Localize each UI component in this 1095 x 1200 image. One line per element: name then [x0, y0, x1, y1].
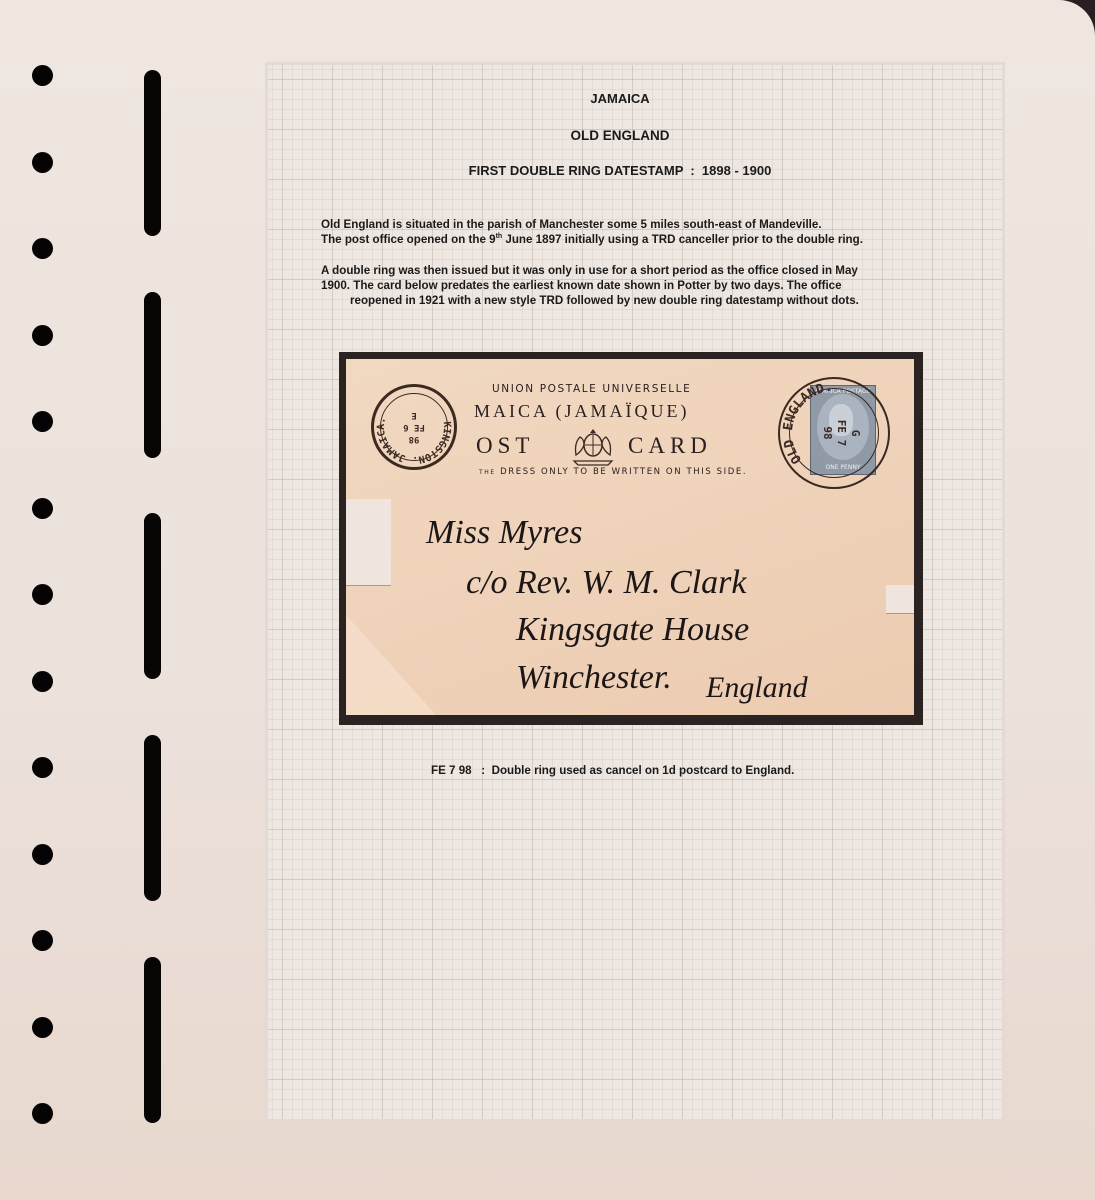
- history-line-2: 1900. The card below predates the earlie…: [321, 279, 842, 292]
- item-caption: FE 7 98 : Double ring used as cancel on …: [431, 764, 794, 777]
- address-line-4: Winchester.: [516, 659, 672, 697]
- page-heading: FIRST DOUBLE RING DATESTAMP : 1898 - 190…: [300, 163, 940, 178]
- intro-paragraph: Old England is situated in the parish of…: [321, 217, 931, 247]
- history-paragraph: A double ring was then issued but it was…: [321, 263, 931, 308]
- binder-hole: [32, 1103, 53, 1124]
- intro-line-1: Old England is situated in the parish of…: [321, 218, 822, 231]
- binder-hole: [32, 325, 53, 346]
- kingston-postmark: KINGSTON. JAMAICA. FE 6 98 E: [371, 384, 457, 470]
- binder-hole: [32, 844, 53, 865]
- history-line-3: reopened in 1921 with a new style TRD fo…: [321, 293, 931, 308]
- card-country: MAICA (JAMAÏQUE): [474, 401, 690, 422]
- card-fold-shadow: [346, 615, 436, 715]
- binder-slot: [144, 70, 161, 236]
- address-line-3: Kingsgate House: [516, 611, 749, 649]
- old-england-postmark: OLD ENGLAND. FE 7 98 G: [778, 377, 890, 489]
- upu-header: UNION POSTALE UNIVERSELLE: [492, 383, 691, 395]
- mount-hinge-right: [886, 585, 914, 614]
- binder-slot: [144, 735, 161, 901]
- intro-line-2a: The post office opened on the 9: [321, 233, 496, 246]
- binder-hole: [32, 1017, 53, 1038]
- history-line-1: A double ring was then issued but it was…: [321, 264, 858, 277]
- page-subtitle: OLD ENGLAND: [300, 128, 940, 143]
- address-line-1: Miss Myres: [426, 514, 582, 552]
- mount-hinge-left: [346, 499, 391, 586]
- binder-slot: [144, 957, 161, 1123]
- binder-slot: [144, 292, 161, 458]
- binder-hole: [32, 238, 53, 259]
- svg-text:98: 98: [821, 426, 834, 439]
- address-country: England: [706, 671, 808, 705]
- address-line-2: c/o Rev. W. M. Clark: [466, 564, 746, 602]
- binder-hole: [32, 411, 53, 432]
- binder-hole: [32, 930, 53, 951]
- svg-text:FE 6: FE 6: [403, 422, 425, 432]
- binder-hole: [32, 152, 53, 173]
- instruction-text: DRESS ONLY TO BE WRITTEN ON THIS SIDE.: [500, 467, 747, 477]
- binder-slot: [144, 513, 161, 679]
- binder-hole: [32, 584, 53, 605]
- svg-text:E: E: [411, 410, 416, 420]
- card-post-word: OST: [476, 433, 534, 459]
- binder-hole: [32, 498, 53, 519]
- binder-hole: [32, 671, 53, 692]
- svg-text:FE 7: FE 7: [835, 420, 848, 447]
- coat-of-arms-icon: [568, 425, 618, 467]
- binder-hole: [32, 65, 53, 86]
- binder-hole: [32, 757, 53, 778]
- card-instruction: THE DRESS ONLY TO BE WRITTEN ON THIS SID…: [479, 467, 747, 477]
- card-card-word: CARD: [628, 433, 712, 459]
- page-title: JAMAICA: [300, 91, 940, 106]
- postmark-ring-text: KINGSTON. JAMAICA. FE 6 98 E: [374, 387, 454, 467]
- intro-line-2b: June 1897 initially using a TRD cancelle…: [502, 233, 863, 246]
- postmark-ring-text: OLD ENGLAND. FE 7 98 G: [780, 379, 888, 487]
- svg-text:98: 98: [409, 434, 420, 444]
- postcard: UNION POSTALE UNIVERSELLE MAICA (JAMAÏQU…: [346, 359, 914, 715]
- instruction-prefix: THE: [479, 469, 496, 476]
- svg-text:G: G: [849, 430, 862, 437]
